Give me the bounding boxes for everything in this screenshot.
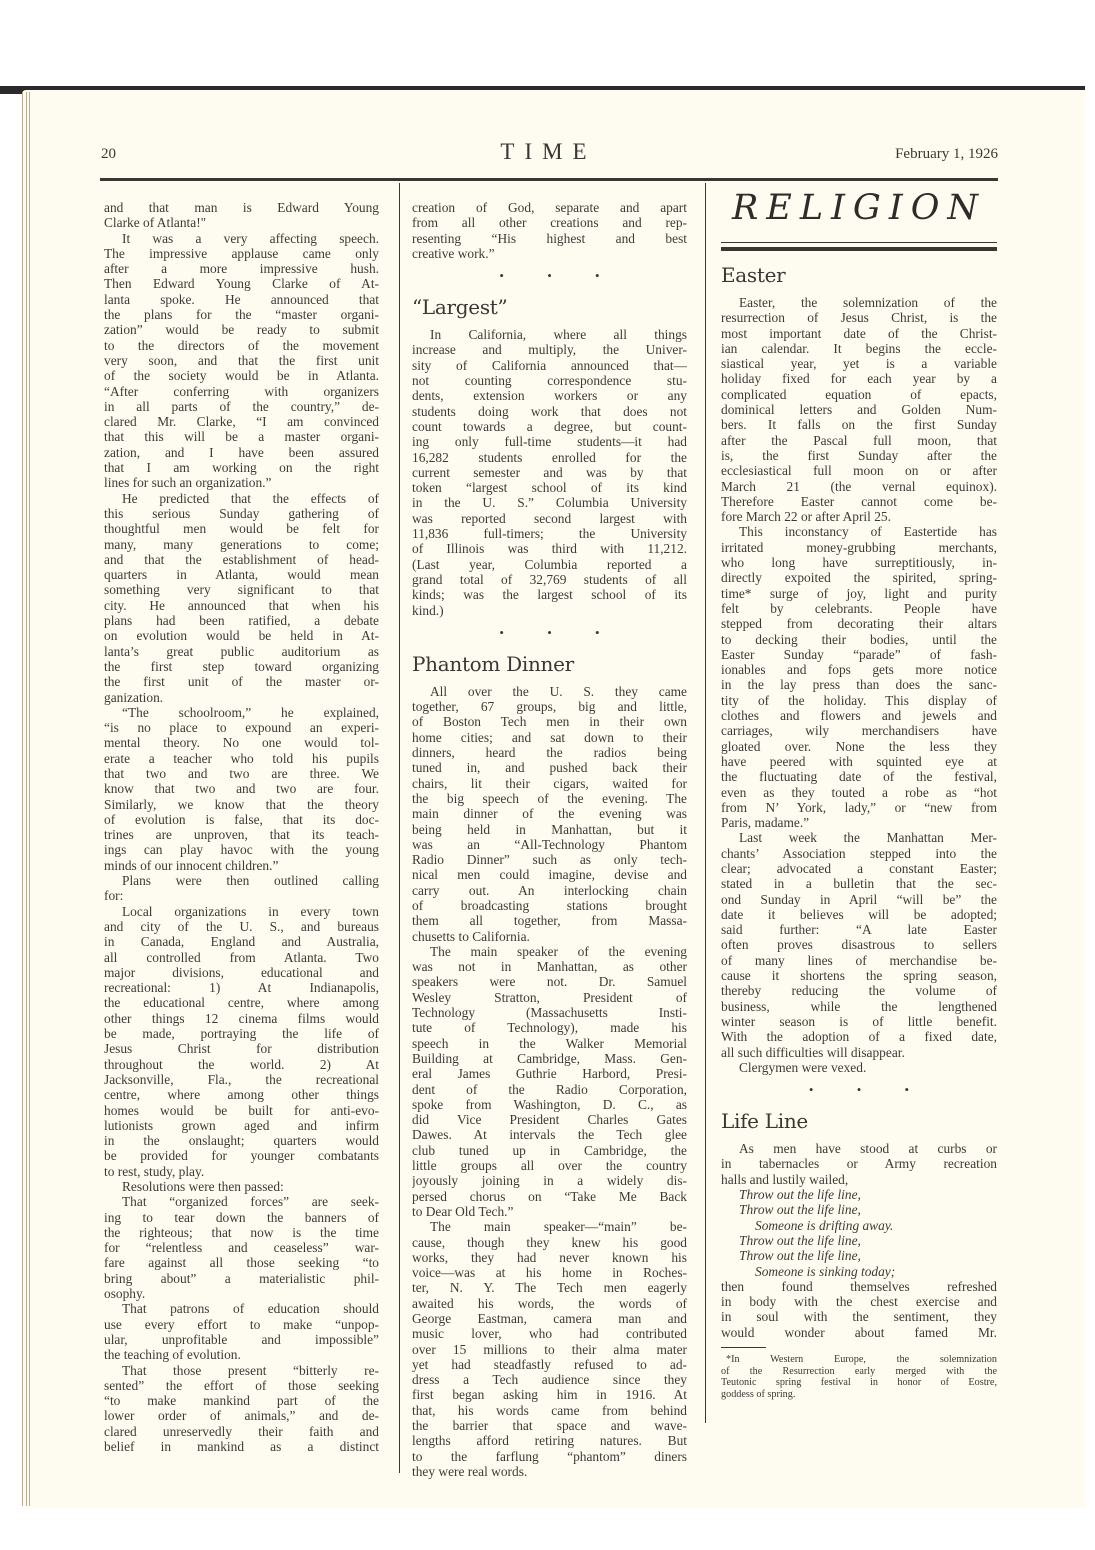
binding-edge (29, 92, 30, 1506)
paragraph: Last week the Manhattan Mer-chants’ Asso… (721, 830, 997, 1059)
text-line: in all parts of the country,” de- (104, 399, 379, 414)
text-line: irritated money-grubbing merchants, (721, 540, 997, 555)
text-line: city. He announced that when his (104, 598, 379, 613)
text-line: winter season is of little benefit. (721, 1014, 997, 1029)
text-line: that this will be a master organi- (104, 429, 379, 444)
text-line: 11,836 full-timers; the University (412, 526, 687, 541)
text-line: Paris, madame.” (721, 815, 997, 830)
text-line: them all together, from Massa- (412, 913, 687, 928)
text-line: kinds; was the largest school of its (412, 587, 687, 602)
footnote-line: of the Resurrection early merged with th… (721, 1366, 997, 1378)
text-line: the fluctuating date of the festival, (721, 769, 997, 784)
text-line: tuned in, and pushed back their (412, 760, 687, 775)
text-line: in soul with the sentiment, they (721, 1309, 997, 1324)
paragraph: That “organized forces” are seek-ing to … (104, 1194, 379, 1301)
paragraph: It was a very affecting speech.The impre… (104, 231, 379, 491)
text-line: cause it shortens the spring season, (721, 968, 997, 983)
text-line: Local organizations in every town (104, 904, 379, 919)
text-line: most important date of the Christ- (721, 326, 997, 341)
article-headline: Easter (721, 263, 997, 287)
text-line: ter, N. Y. The Tech men eagerly (412, 1280, 687, 1295)
text-line: stated in a bulletin that the sec- (721, 876, 997, 891)
text-line: cause, though they knew his good (412, 1235, 687, 1250)
text-line: be provided for younger combatants (104, 1148, 379, 1163)
binding-edge (22, 92, 23, 1506)
text-line: holiday fixed for each year by a (721, 371, 997, 386)
paragraph: That patrons of education shoulduse ever… (104, 1301, 379, 1362)
text-line: lengths afford retiring natures. But (412, 1433, 687, 1448)
footnote: *In Western Europe, the solemnizationof … (721, 1354, 997, 1400)
paragraph: Clergymen were vexed. (721, 1060, 997, 1075)
text-line: creative work.” (412, 246, 687, 261)
text-line: not counting correspondence stu- (412, 373, 687, 388)
text-line: being held in Manhattan, but it (412, 822, 687, 837)
text-line: after a more impressive hush. (104, 261, 379, 276)
footnote-rule (721, 1347, 766, 1348)
text-line: fare against all those seeking “to (104, 1255, 379, 1270)
text-line: of evolution is false, that its doc- (104, 812, 379, 827)
text-line: lanta spoke. He announced that (104, 292, 379, 307)
text-line: clothes and flowers and jewels and (721, 708, 997, 723)
text-line: trines are unproven, that its teach- (104, 827, 379, 842)
text-line: zation” would be ready to submit (104, 322, 379, 337)
text-line: ionables and fops gets more notice (721, 662, 997, 677)
section-divider: • • • (412, 269, 687, 283)
text-line: the barrier that space and wave- (412, 1418, 687, 1433)
verse-line: Throw out the life line, (721, 1202, 997, 1217)
text-line: voice—was at his home in Roches- (412, 1265, 687, 1280)
text-line: to the directors of the movement (104, 338, 379, 353)
text-line: speakers were not. Dr. Samuel (412, 974, 687, 989)
text-line: quarters in Atlanta, would mean (104, 567, 379, 582)
text-line: the first step toward organizing (104, 659, 379, 674)
text-line: plans had been ratified, a debate (104, 613, 379, 628)
text-line: many, many generations to come; (104, 537, 379, 552)
text-line: even as they touted a robe as “hot (721, 785, 997, 800)
text-line: That patrons of education should (104, 1301, 379, 1316)
text-line: He predicted that the effects of (104, 491, 379, 506)
text-line: homes would be built for anti-evo- (104, 1103, 379, 1118)
paragraph: Local organizations in every townand cit… (104, 904, 379, 1179)
text-line: directly expoited the spirited, spring- (721, 570, 997, 585)
text-line: and city of the U. S., and bureaus (104, 919, 379, 934)
text-line: little groups all over the country (412, 1158, 687, 1173)
text-line: to rest, study, play. (104, 1164, 379, 1179)
text-line: was reported second largest with (412, 511, 687, 526)
text-line: March 21 (the vernal equinox). (721, 479, 997, 494)
text-line: very soon, and that the first unit (104, 353, 379, 368)
text-line: complicated equation of epacts, (721, 387, 997, 402)
text-line: Easter, the solemnization of the (721, 295, 997, 310)
text-line: clared Mr. Clarke, “I am convinced (104, 414, 379, 429)
text-line: this serious Sunday gathering of (104, 506, 379, 521)
paragraph: As men have stood at curbs orin tabernac… (721, 1141, 997, 1187)
text-line: George Eastman, camera man and (412, 1311, 687, 1326)
text-line: home cities; and sat down to their (412, 730, 687, 745)
text-line: mental theory. No one would tol- (104, 735, 379, 750)
text-line: to decking their bodies, until the (721, 632, 997, 647)
text-line: main dinner of the evening was (412, 806, 687, 821)
text-line: on evolution would be held in At- (104, 628, 379, 643)
text-line: lanta’s great public auditorium as (104, 644, 379, 659)
text-line: is, the first Sunday after the (721, 448, 997, 463)
text-line: lower order of animals,” and de- (104, 1408, 379, 1423)
paragraph: All over the U. S. they cametogether, 67… (412, 684, 687, 944)
text-line: clared unreservedly their faith and (104, 1424, 379, 1439)
text-line: kind.) (412, 603, 687, 618)
text-line: that two and two are three. We (104, 766, 379, 781)
paragraph: Easter, the solemnization of theresurrec… (721, 295, 997, 524)
text-line: from all other creations and rep- (412, 215, 687, 230)
text-line: all controlled from Atlanta. Two (104, 950, 379, 965)
paragraph: That those present “bitterly re-sented” … (104, 1363, 379, 1455)
verse-line: Throw out the life line, (721, 1233, 997, 1248)
text-line: lines for such an organization.” (104, 475, 379, 490)
text-line: Building at Cambridge, Mass. Gen- (412, 1051, 687, 1066)
religion-articles: EasterEaster, the solemnization of there… (721, 263, 997, 1340)
verse-line: Throw out the life line, (721, 1248, 997, 1263)
text-line: lutionists grown aged and infirm (104, 1118, 379, 1133)
text-line: siastical year, yet is a variable (721, 356, 997, 371)
text-line: resurrection of Jesus Christ, is the (721, 310, 997, 325)
text-line: With the adoption of a fixed date, (721, 1029, 997, 1044)
text-line: speech in the Walker Memorial (412, 1036, 687, 1051)
text-line: all such difficulties will disappear. (721, 1045, 997, 1060)
text-line: stepped from decorating their altars (721, 616, 997, 631)
text-line: the first unit of the master or- (104, 674, 379, 689)
text-line: belief in mankind as a distinct (104, 1439, 379, 1454)
column-divider (705, 183, 706, 1423)
paragraph: The main speaker of the eveningwas not i… (412, 944, 687, 1219)
text-line: was an “All-Technology Phantom (412, 837, 687, 852)
text-line: tity of the holiday. This display of (721, 693, 997, 708)
text-line: bring about” a materialistic phil- (104, 1271, 379, 1286)
text-line: “After conferring with organizers (104, 384, 379, 399)
text-line: creation of God, separate and apart (412, 200, 687, 215)
text-line: dents, extension workers or any (412, 388, 687, 403)
text-line: ings can play havoc with the young (104, 842, 379, 857)
text-line: thereby reducing the volume of (721, 983, 997, 998)
text-line: “to make mankind part of the (104, 1393, 379, 1408)
text-line: would wonder about famed Mr. (721, 1325, 997, 1340)
column-divider (399, 183, 400, 1473)
text-line: in Canada, England and Australia, (104, 934, 379, 949)
paragraph: Resolutions were then passed: (104, 1179, 379, 1194)
text-line: Technology (Massachusetts Insti- (412, 1005, 687, 1020)
text-line: minds of our innocent children.” (104, 858, 379, 873)
text-line: in the onslaught; quarters would (104, 1133, 379, 1148)
text-line: increase and multiply, the Univer- (412, 342, 687, 357)
text-line: count towards a degree, but count- (412, 419, 687, 434)
text-line: for “relentless and ceaseless” war- (104, 1240, 379, 1255)
text-line: over 15 millions to their alma mater (412, 1342, 687, 1357)
section-divider: • • • (412, 626, 687, 640)
paragraph: creation of God, separate and apartfrom … (412, 200, 687, 261)
section-divider: • • • (721, 1083, 997, 1097)
text-line: business, while the lengthened (721, 999, 997, 1014)
text-line: 16,282 students enrolled for the (412, 450, 687, 465)
text-line: dent of the Radio Corporation, (412, 1082, 687, 1097)
text-line: be made, portraying the life of (104, 1026, 379, 1041)
text-line: That those present “bitterly re- (104, 1363, 379, 1378)
text-line: token “largest school of its kind (412, 480, 687, 495)
text-line: after the Pascal full moon, that (721, 433, 997, 448)
text-line: said further: “A late Easter (721, 922, 997, 937)
text-line: Clergymen were vexed. (721, 1060, 997, 1075)
text-line: of the society would be in Atlanta. (104, 368, 379, 383)
text-line: date it believes will be adopted; (721, 907, 997, 922)
text-line: gloated over. None the less they (721, 739, 997, 754)
text-line: current semester and was by that (412, 465, 687, 480)
text-line: eral James Guthrie Harbord, Presi- (412, 1066, 687, 1081)
text-line: ing only full-time students—it had (412, 434, 687, 449)
verse-line: Someone is drifting away. (721, 1218, 997, 1233)
binding-edge (26, 92, 27, 1506)
text-line: then found themselves refreshed (721, 1279, 997, 1294)
text-line: dominical letters and Golden Num- (721, 402, 997, 417)
article-headline: “Largest” (412, 295, 687, 319)
text-line: to Dear Old Tech.” (412, 1204, 687, 1219)
text-line: first began asking him in 1916. At (412, 1387, 687, 1402)
paragraph: This inconstancy of Eastertide hasirrita… (721, 524, 997, 830)
paragraph: then found themselves refreshedin body w… (721, 1279, 997, 1340)
footnote-line: Teutonic spring festival in honor of Eos… (721, 1377, 997, 1389)
text-line: the righteous; that now is the time (104, 1225, 379, 1240)
text-line: All over the U. S. they came (412, 684, 687, 699)
text-line: sented” the effort of those seeking (104, 1378, 379, 1393)
text-line: chusetts to California. (412, 929, 687, 944)
department-rule (721, 242, 997, 243)
text-line: bers. It falls on the first Sunday (721, 417, 997, 432)
text-line: Dawes. At intervals the Tech glee (412, 1127, 687, 1142)
text-line: The main speaker—“main” be- (412, 1219, 687, 1234)
text-line: The impressive applause came only (104, 246, 379, 261)
text-line: As men have stood at curbs or (721, 1141, 997, 1156)
text-line: music lover, who had contributed (412, 1326, 687, 1341)
text-line: joyously joining in a widely dis- (412, 1173, 687, 1188)
text-line: use every effort to make “unpop- (104, 1317, 379, 1332)
text-line: erate a teacher who told his pupils (104, 751, 379, 766)
text-line: know that two and two are four. (104, 781, 379, 796)
text-line: thoughtful men would be felt for (104, 521, 379, 536)
text-line: in the lay press than does the sanc- (721, 677, 997, 692)
text-line: tute of Technology), made his (412, 1020, 687, 1035)
text-line: fore March 22 or after April 25. (721, 509, 997, 524)
text-line: Similarly, we know that the theory (104, 797, 379, 812)
verse-line: Someone is sinking today; (721, 1264, 997, 1279)
text-line: centre, where among other things (104, 1087, 379, 1102)
text-line: Last week the Manhattan Mer- (721, 830, 997, 845)
text-line: That “organized forces” are seek- (104, 1194, 379, 1209)
text-line: time* surge of joy, light and purity (721, 586, 997, 601)
article-headline: Life Line (721, 1109, 997, 1133)
column-middle: creation of God, separate and apartfrom … (412, 200, 687, 1479)
text-line: ecclesiastical full moon on or after (721, 463, 997, 478)
text-line: nical men could imagine, devise and (412, 867, 687, 882)
text-line: of broadcasting stations brought (412, 898, 687, 913)
text-line: carry out. An interlocking chain (412, 883, 687, 898)
text-line: in body with the chest exercise and (721, 1294, 997, 1309)
text-line: together, 67 groups, big and little, (412, 699, 687, 714)
footnote-line: *In Western Europe, the solemnization (721, 1354, 997, 1366)
text-line: have peered with squinted eye at (721, 754, 997, 769)
text-line: zation, and I have been assured (104, 445, 379, 460)
text-line: ular, unprofitable and impossible” (104, 1332, 379, 1347)
text-line: and that man is Edward Young (104, 200, 379, 215)
text-line: works, they had never known his (412, 1250, 687, 1265)
text-line: Plans were then outlined calling (104, 873, 379, 888)
article-headline: Phantom Dinner (412, 652, 687, 676)
text-line: carriages, wily merchandisers have (721, 723, 997, 738)
verse-line: Throw out the life line, (721, 1187, 997, 1202)
text-line: ing to tear down the banners of (104, 1210, 379, 1225)
text-line: to the farflung “phantom” diners (412, 1449, 687, 1464)
text-line: Wesley Stratton, President of (412, 990, 687, 1005)
text-line: ian calendar. It begins the eccle- (721, 341, 997, 356)
text-line: something very significant to that (104, 582, 379, 597)
text-line: (Last year, Columbia reported a (412, 557, 687, 572)
text-line: they were real words. (412, 1464, 687, 1479)
text-line: major divisions, educational and (104, 965, 379, 980)
text-line: the plans for the “master organi- (104, 307, 379, 322)
text-line: the big speech of the evening. The (412, 791, 687, 806)
text-line: “The schoolroom,” he explained, (104, 705, 379, 720)
text-line: often proves disastrous to sellers (721, 937, 997, 952)
text-line: the educational centre, where among (104, 995, 379, 1010)
text-line: was not in Manhattan, as other (412, 959, 687, 974)
paragraph: He predicted that the effects ofthis ser… (104, 491, 379, 705)
text-line: sity of California announced that— (412, 358, 687, 373)
text-line: osophy. (104, 1286, 379, 1301)
text-line: halls and lustily wailed, (721, 1172, 997, 1187)
text-line: in the U. S.” Columbia University (412, 495, 687, 510)
text-line: It was a very affecting speech. (104, 231, 379, 246)
text-line: throughout the world. 2) At (104, 1057, 379, 1072)
text-line: the teaching of evolution. (104, 1347, 379, 1362)
text-line: persed chorus on “Take Me Back (412, 1189, 687, 1204)
text-line: Then Edward Young Clarke of At- (104, 276, 379, 291)
text-line: yet had steadfastly refused to ad- (412, 1357, 687, 1372)
text-line: and that the establishment of head- (104, 552, 379, 567)
text-line: In California, where all things (412, 327, 687, 342)
text-line: that, his words came from behind (412, 1403, 687, 1418)
text-line: Therefore Easter cannot come be- (721, 494, 997, 509)
text-line: in tabernacles or Army recreation (721, 1156, 997, 1171)
paragraph: and that man is Edward YoungClarke of At… (104, 200, 379, 231)
text-line: awaited his words, the words of (412, 1296, 687, 1311)
paragraph: Plans were then outlined callingfor: (104, 873, 379, 904)
text-line: club tuned up in Cambridge, the (412, 1143, 687, 1158)
text-line: dinners, heard the radios being (412, 745, 687, 760)
paragraph: In California, where all thingsincrease … (412, 327, 687, 618)
text-line: did Vice President Charles Gates (412, 1112, 687, 1127)
text-line: from N’ York, lady,” or “new from (721, 800, 997, 815)
column-right: RELIGION EasterEaster, the solemnization… (721, 180, 997, 1400)
text-line: of Boston Tech men in their own (412, 714, 687, 729)
text-line: “is no place to expound an experi- (104, 720, 379, 735)
text-line: chairs, lit their cigars, waited for (412, 776, 687, 791)
text-line: students doing work that does not (412, 404, 687, 419)
department-title: RELIGION (721, 188, 997, 228)
text-line: for: (104, 888, 379, 903)
text-line: who long have surreptitiously, in- (721, 555, 997, 570)
text-line: dress a Tech audience since they (412, 1372, 687, 1387)
text-line: chants’ Association stepped into the (721, 846, 997, 861)
text-line: Radio Dinner” such as only tech- (412, 852, 687, 867)
issue-date: February 1, 1926 (895, 146, 998, 163)
text-line: recreational: 1) At Indianapolis, (104, 980, 379, 995)
text-line: other things 12 cinema films would (104, 1011, 379, 1026)
text-line: of Illinois was third with 11,212. (412, 541, 687, 556)
masthead-title: TIME (500, 139, 596, 164)
column-left: and that man is Edward YoungClarke of At… (104, 200, 379, 1454)
footnote-line: goddess of spring. (721, 1389, 997, 1401)
text-line: grand total of 32,769 students of all (412, 572, 687, 587)
text-line: spoke from Washington, D. C., as (412, 1097, 687, 1112)
text-line: This inconstancy of Eastertide has (721, 524, 997, 539)
text-line: resenting “His highest and best (412, 231, 687, 246)
department-rule (721, 247, 997, 251)
text-line: that I am working on the right (104, 460, 379, 475)
text-line: ond Sunday in April “will be” the (721, 892, 997, 907)
text-line: felt by celebrants. People have (721, 601, 997, 616)
text-line: The main speaker of the evening (412, 944, 687, 959)
text-line: Jacksonville, Fla., the recreational (104, 1072, 379, 1087)
text-line: ganization. (104, 690, 379, 705)
text-line: clear; advocated a constant Easter; (721, 861, 997, 876)
paragraph: The main speaker—“main” be-cause, though… (412, 1219, 687, 1479)
text-line: Resolutions were then passed: (104, 1179, 379, 1194)
text-line: Jesus Christ for distribution (104, 1041, 379, 1056)
paragraph: “The schoolroom,” he explained,“is no pl… (104, 705, 379, 873)
text-line: Clarke of Atlanta!" (104, 215, 379, 230)
text-line: of many lines of merchandise be- (721, 953, 997, 968)
text-line: Easter Sunday “parade” of fash- (721, 647, 997, 662)
